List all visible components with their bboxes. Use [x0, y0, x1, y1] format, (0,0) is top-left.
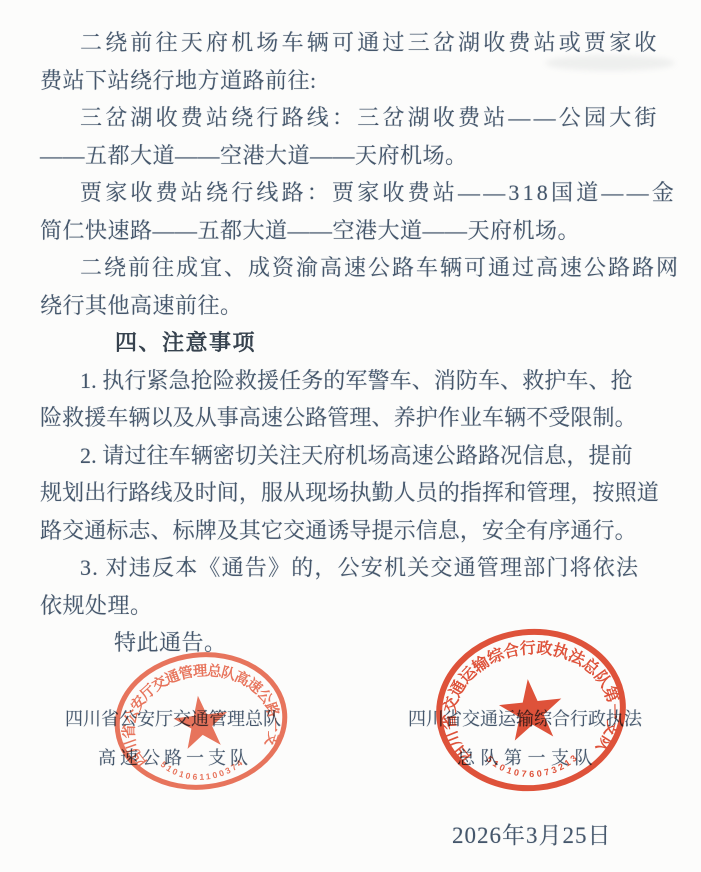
official-seal-right: 四川省交通运输综合行政执法总队第一支队 5101076073213 — [425, 617, 637, 803]
body-line: 绕行其他高速前往。 — [40, 287, 670, 325]
body-line: 简仁快速路——五都大道——空港大道——天府机场。 — [40, 212, 670, 250]
body-line: 1. 执行紧急抢险救援任务的军警车、消防车、救护车、抢 — [40, 362, 670, 400]
date-text: 2026年3月25日 — [452, 817, 612, 850]
body-line: 三岔湖收费站绕行路线：三岔湖收费站——公园大街 — [40, 99, 670, 137]
body-line: 路交通标志、标牌及其它交通诱导提示信息，安全有序通行。 — [40, 512, 670, 550]
body-line: 贾家收费站绕行线路：贾家收费站——318国道——金 — [40, 174, 670, 212]
star-icon — [497, 676, 566, 742]
notice-body: 二绕前往天府机场车辆可通过三岔湖收费站或贾家收 费站下站绕行地方道路前往: 三岔… — [40, 24, 670, 662]
section-heading: 四、注意事项 — [115, 324, 670, 362]
star-icon — [171, 692, 231, 750]
body-line: 3. 对违反本《通告》的，公安机关交通管理部门将依法 — [40, 549, 670, 587]
body-line: 二绕前往成宜、成资渝高速公路车辆可通过高速公路路网 — [40, 249, 670, 287]
body-line: 险救援车辆以及从事高速公路管理、养护作业车辆不受限制。 — [40, 399, 670, 437]
body-line: 规划出行路线及时间，服从现场执勤人员的指挥和管理，按照道 — [40, 474, 670, 512]
scanned-notice-page: 二绕前往天府机场车辆可通过三岔湖收费站或贾家收 费站下站绕行地方道路前往: 三岔… — [0, 0, 701, 872]
body-line: 依规处理。 — [40, 587, 670, 625]
official-seal-left: 四川省公安厅交通管理总队高速公路一支队 5101061100374 — [102, 637, 300, 804]
body-line: 2. 请过往车辆密切关注天府机场高速公路路况信息，提前 — [40, 437, 670, 475]
body-line: ——五都大道——空港大道——天府机场。 — [40, 137, 670, 175]
scan-smudge — [545, 55, 675, 71]
